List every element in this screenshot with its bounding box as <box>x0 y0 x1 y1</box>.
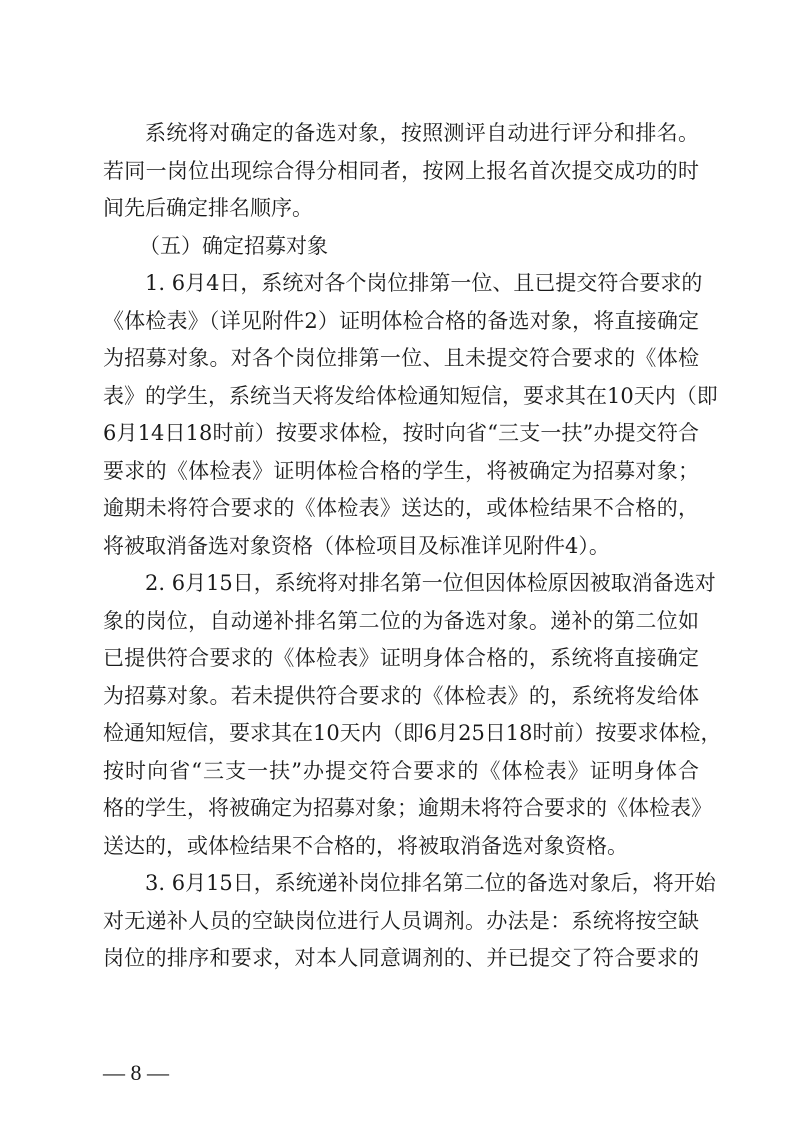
text-line: 已提供符合要求的《体检表》证明身体合格的，系统将直接确定 <box>103 640 699 678</box>
text-line: 象的岗位，自动递补排名第二位的为备选对象。递补的第二位如 <box>103 603 699 641</box>
text-line: 《体检表》（详见附件2）证明体检合格的备选对象，将直接确定 <box>103 303 699 341</box>
text-line: 为招募对象。若未提供符合要求的《体检表》的，系统将发给体 <box>103 678 699 716</box>
text-line: 间先后确定排名顺序。 <box>103 190 699 228</box>
document-page-body: 系统将对确定的备选对象，按照测评自动进行评分和排名。 若同一岗位出现综合得分相同… <box>103 115 699 978</box>
text-line: 逾期未将符合要求的《体检表》送达的，或体检结果不合格的， <box>103 490 699 528</box>
text-line: 检通知短信，要求其在10天内（即6月25日18时前）按要求体检， <box>103 715 699 753</box>
text-line: 1. 6月4日，系统对各个岗位排第一位、且已提交符合要求的 <box>103 265 699 303</box>
page-number: — 8 — <box>103 1058 169 1088</box>
text-line: 表》的学生，系统当天将发给体检通知短信，要求其在10天内（即 <box>103 378 699 416</box>
text-line: 将被取消备选对象资格（体检项目及标准详见附件4）。 <box>103 528 699 566</box>
text-line: 按时向省“三支一扶”办提交符合要求的《体检表》证明身体合 <box>103 753 699 791</box>
text-line: 岗位的排序和要求，对本人同意调剂的、并已提交了符合要求的 <box>103 940 699 978</box>
text-line: 送达的，或体检结果不合格的，将被取消备选对象资格。 <box>103 828 699 866</box>
section-heading: （五）确定招募对象 <box>103 228 699 266</box>
text-line: 为招募对象。对各个岗位排第一位、且未提交符合要求的《体检 <box>103 340 699 378</box>
text-line: 系统将对确定的备选对象，按照测评自动进行评分和排名。 <box>103 115 699 153</box>
text-line: 若同一岗位出现综合得分相同者，按网上报名首次提交成功的时 <box>103 153 699 191</box>
text-line: 2. 6月15日，系统将对排名第一位但因体检原因被取消备选对 <box>103 565 699 603</box>
text-line: 6月14日18时前）按要求体检，按时向省“三支一扶”办提交符合 <box>103 415 699 453</box>
text-line: 要求的《体检表》证明体检合格的学生，将被确定为招募对象； <box>103 453 699 491</box>
text-line: 格的学生，将被确定为招募对象；逾期未将符合要求的《体检表》 <box>103 790 699 828</box>
text-line: 对无递补人员的空缺岗位进行人员调剂。办法是：系统将按空缺 <box>103 903 699 941</box>
text-line: 3. 6月15日，系统递补岗位排名第二位的备选对象后，将开始 <box>103 865 699 903</box>
